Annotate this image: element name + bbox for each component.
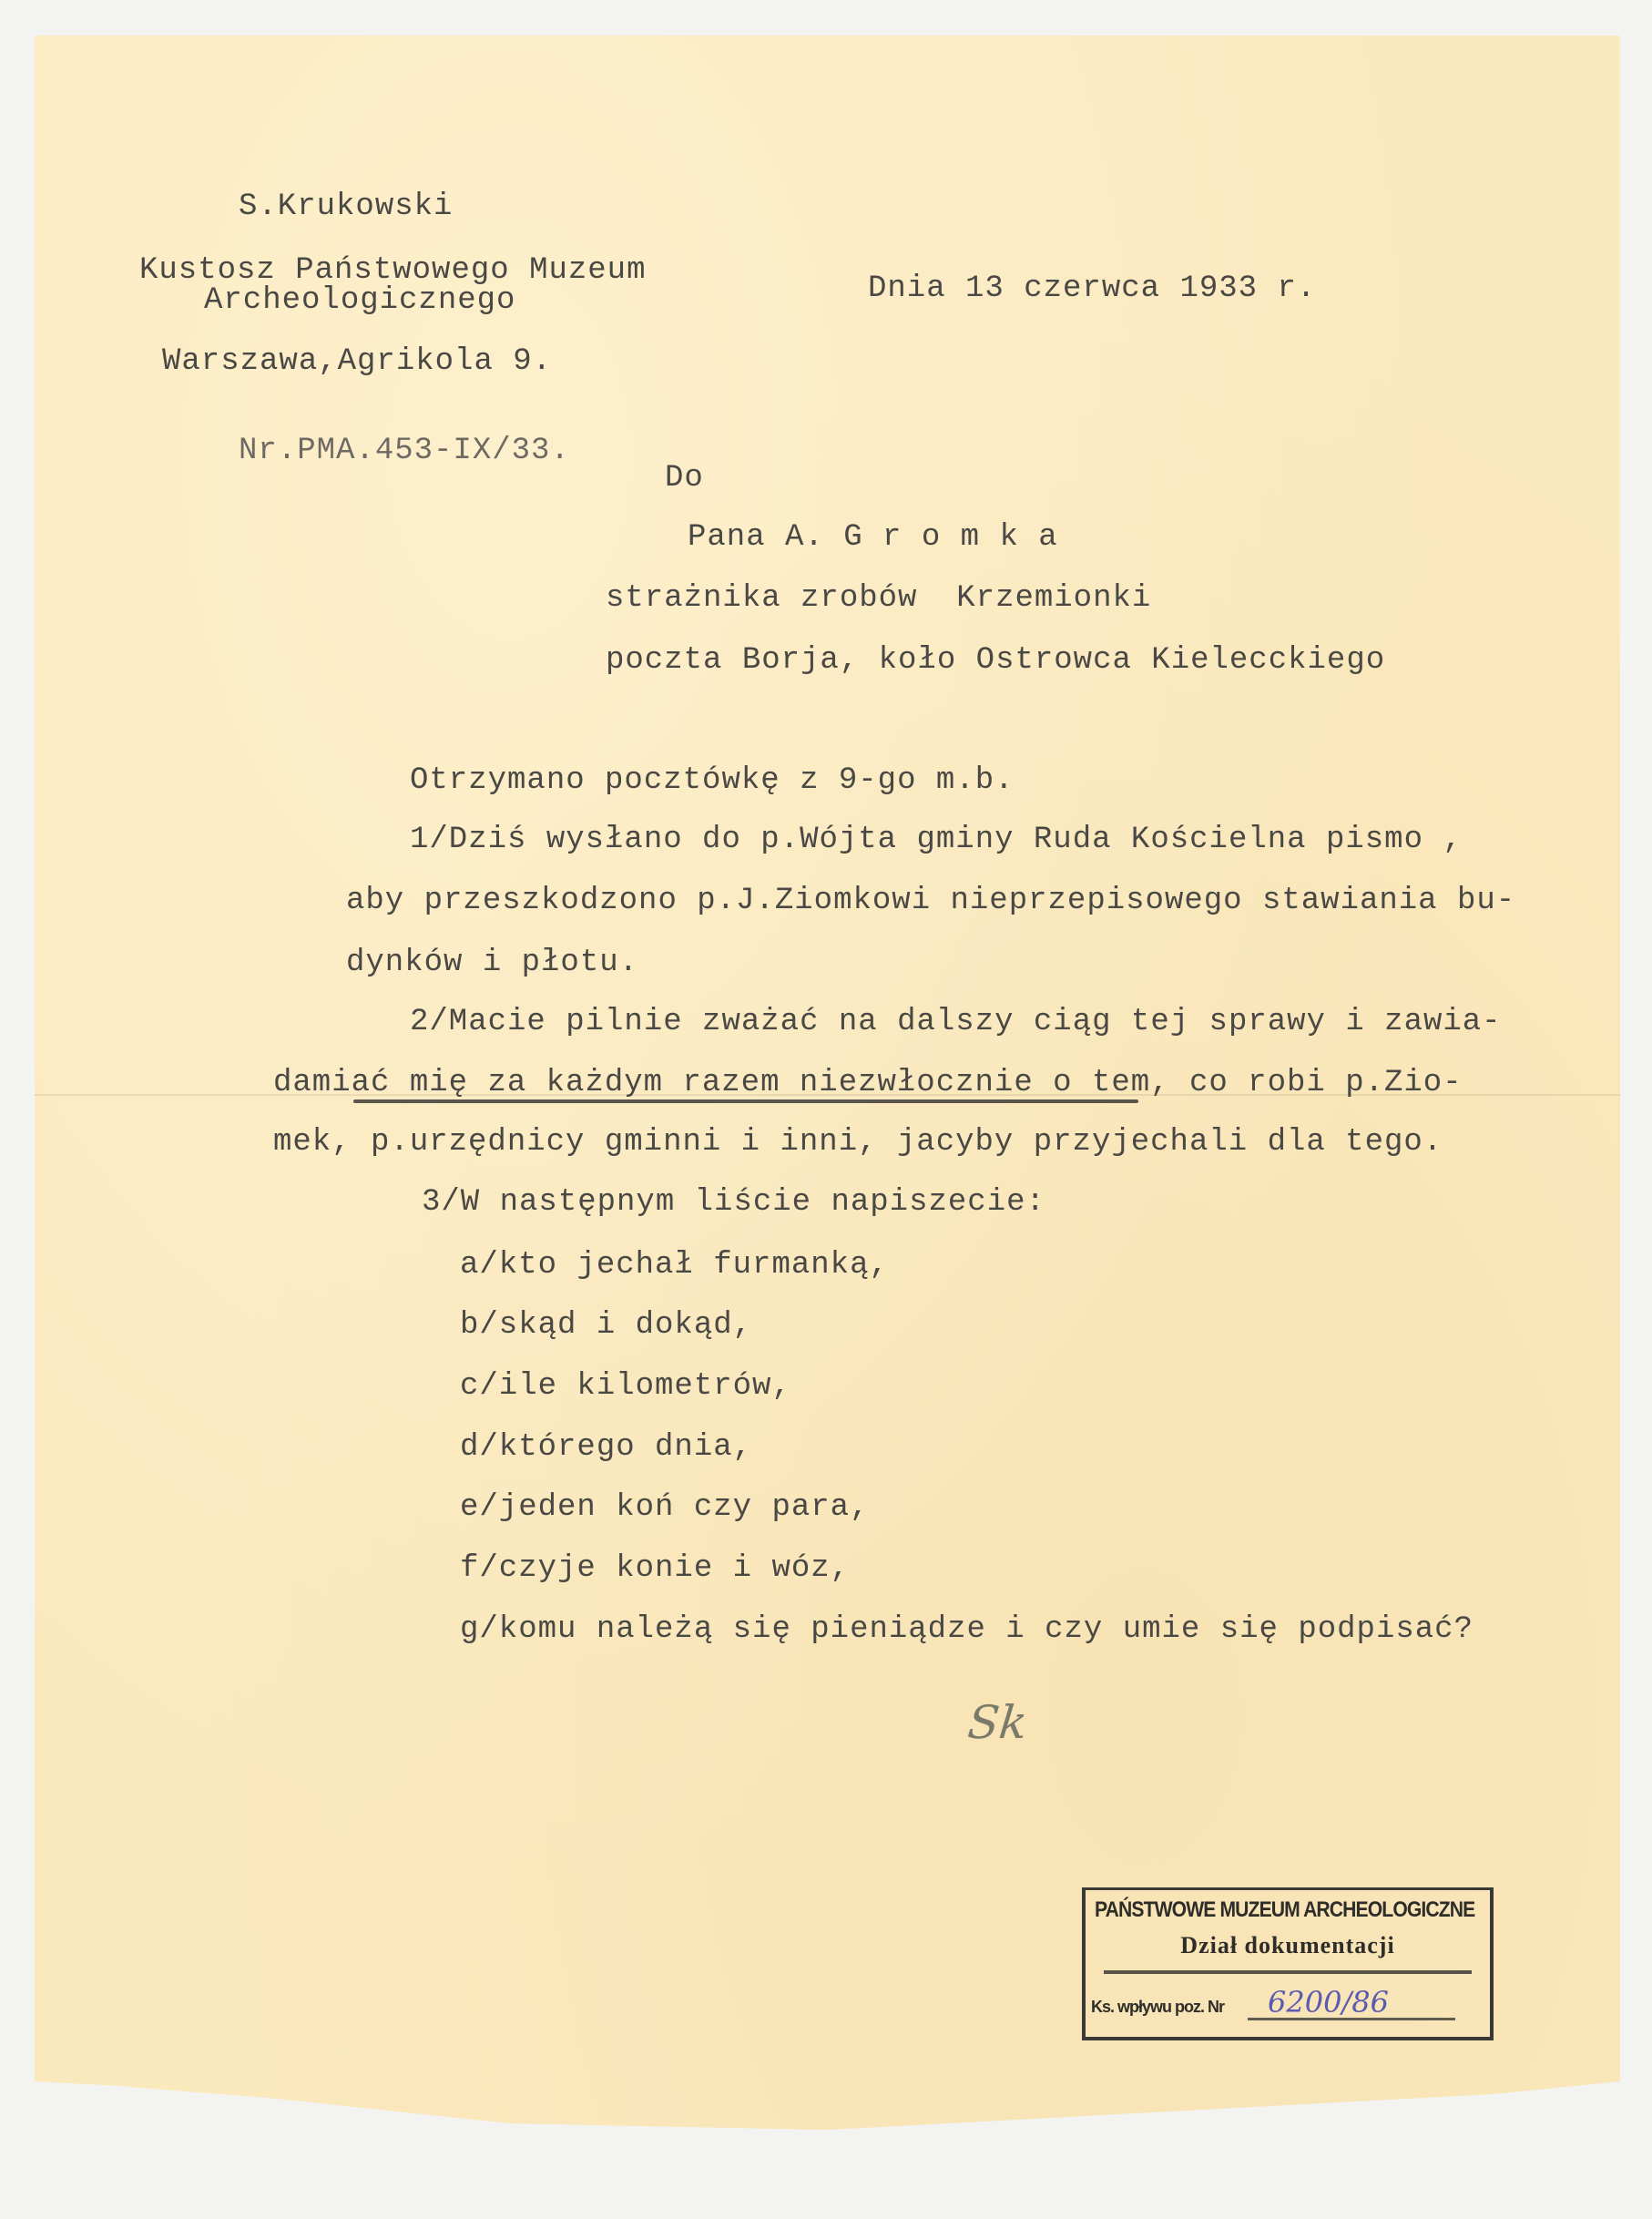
hand-underline [353,1099,1138,1103]
handwritten-initials-signature: Sk [965,1696,1030,1749]
point2-line1: 2/Macie pilnie zważać na dalszy ciąg tej… [410,1007,1502,1038]
reference-number: Nr.PMA.453-IX/33. [239,435,570,466]
sender-title-line1: Kustosz Państwowego Muzeum [139,255,647,286]
point3-intro: 3/W następnym liście napiszecie: [422,1187,1045,1218]
stamp-entry-number: 6200/86 [1268,1985,1389,2020]
point3-item-f: f/czyje konie i wóz, [460,1553,850,1584]
recipient-address: poczta Borja, koło Ostrowca Kielecckiego [606,645,1385,676]
point2-line2-pre: damiać mię [273,1066,487,1100]
point2-emphasis-underlined: za każdym razem niezwłocznie [487,1066,1033,1100]
point2-line2-post: o tem, co robi p.Zio- [1034,1066,1463,1100]
archive-stamp: PAŃSTWOWE MUZEUM ARCHEOLOGICZNE Dział do… [1082,1887,1494,2040]
body-intro: Otrzymano pocztówkę z 9-go m.b. [410,765,1015,796]
sender-title-line2: Archeologicznego [204,285,515,316]
point1-line2: aby przeszkodzono p.J.Ziomkowi nieprzepi… [346,885,1515,916]
point2-line3: mek, p.urzędnicy gminni i inni, jacyby p… [273,1127,1443,1158]
letter-date: Dnia 13 czerwca 1933 r. [868,273,1316,304]
point3-item-b: b/skąd i dokąd, [460,1310,752,1341]
sender-address: Warszawa,Agrikola 9. [162,346,552,377]
point3-item-c: c/ile kilometrów, [460,1371,791,1402]
stamp-entry-label: Ks. wpływu poz. Nr [1091,1998,1224,2017]
recipient-salutation: Do [665,463,704,494]
recipient-name: Pana A. G r o m k a [688,522,1058,553]
point1-line3: dynków i płotu. [346,947,638,978]
recipient-role: strażnika zrobów Krzemionki [606,583,1151,614]
point1-line1: 1/Dziś wysłano do p.Wójta gminy Ruda Koś… [410,824,1463,855]
point3-item-e: e/jeden koń czy para, [460,1492,869,1523]
sender-name: S.Krukowski [239,191,453,222]
point3-item-a: a/kto jechał furmanką, [460,1250,889,1281]
point3-item-g: g/komu należą się pieniądze i czy umie s… [460,1614,1474,1645]
point2-line2: damiać mię za każdym razem niezwłocznie … [273,1068,1463,1099]
point3-item-d: d/którego dnia, [460,1432,752,1463]
stamp-department: Dział dokumentacji [1086,1932,1490,1959]
stamp-divider [1104,1970,1472,1974]
stamp-institution: PAŃSTWOWE MUZEUM ARCHEOLOGICZNE [1095,1897,1474,1923]
